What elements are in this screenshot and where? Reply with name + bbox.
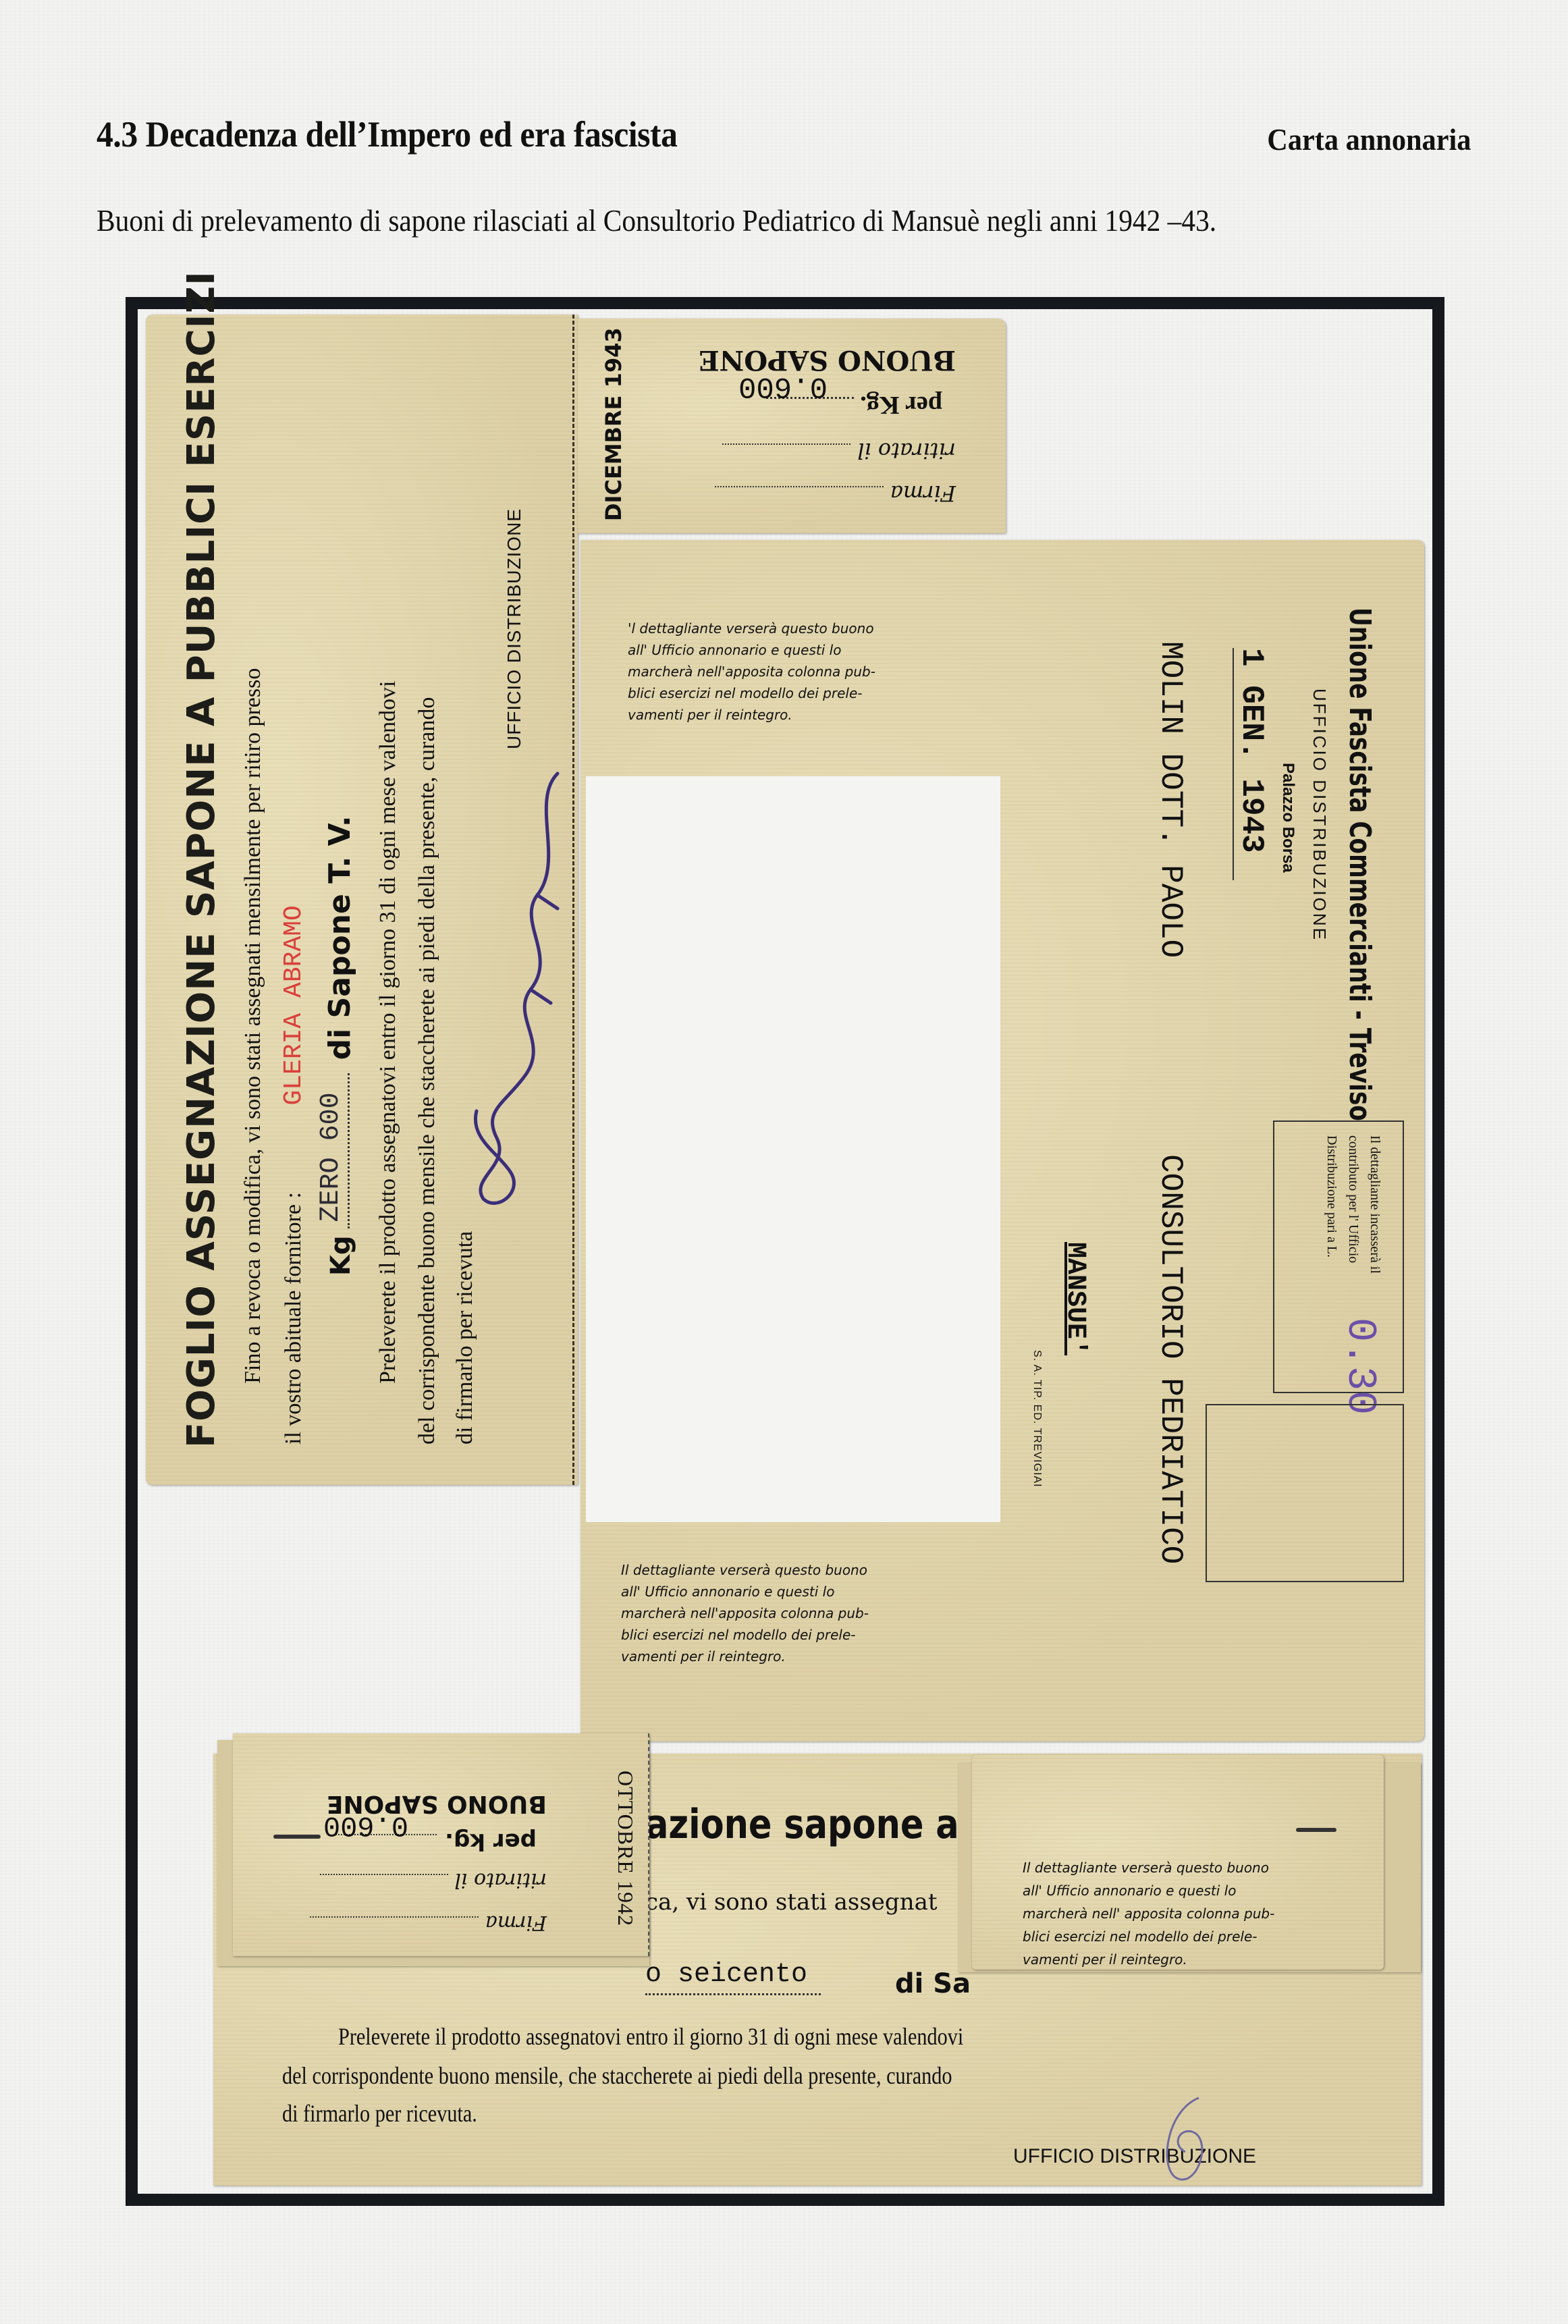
note-upper-line: all' Ufficio annonario e questi lo [628, 639, 979, 661]
contribution-box: Il dettagliante incasserà il contributo … [1273, 1120, 1404, 1393]
supplier-stamp: GLERIA ABRAMO [279, 905, 308, 1105]
per-kg-label: per Kg. [860, 391, 942, 419]
per-kg-value: 0.600 [323, 1809, 408, 1841]
firma-label: Firma [485, 1911, 547, 1935]
foglio-line2-label: il vostro abituale fornitore : [281, 1192, 306, 1444]
foglio-line1: Fino a revoca o modifica, vi sono stati … [240, 668, 266, 1384]
bottom-kg-value: o seicento [645, 1960, 807, 1990]
bottom-kg-dots [645, 1993, 821, 1995]
org-office: UFFICIO DISTRIBUZIONE [1309, 688, 1330, 942]
note-lower-line: Il dettagliante verserà questo buono [621, 1559, 985, 1581]
recipient-name: MOLIN DOTT. PAOLO [1153, 641, 1188, 958]
firma-row: Firma [310, 1911, 547, 1935]
page-subtitle: Buoni di prelevamento di sapone rilascia… [97, 202, 1216, 238]
note-lower-line: all' Ufficio annonario e questi lo [621, 1581, 985, 1602]
note-lower: Il dettagliante verserà questo buono all… [621, 1559, 985, 1667]
foglio-line6: di firmarlo per ricevuta [452, 1231, 478, 1444]
note-lower-line: vamenti per il reintegro. [621, 1646, 985, 1667]
per-kg-value: 0.600 [738, 369, 828, 403]
staple [273, 1835, 321, 1839]
bottom-signature [1152, 2091, 1226, 2186]
ritirato-label: ritirato il [857, 438, 956, 464]
cutout-window [586, 776, 1000, 1522]
section-label: Carta annonaria [1267, 121, 1471, 157]
foglio-heading: FOGLIO ASSEGNAZIONE SAPONE A PUBBLICI ES… [180, 271, 223, 1448]
ritirato-row: ritirato il [722, 438, 956, 464]
foglio-line5: del corrispondente buono mensile che sta… [414, 697, 440, 1444]
firma-row: Firma [715, 481, 956, 506]
date-stamp: 1 GEN. 1943 [1233, 648, 1269, 880]
coupon-ottobre-1942: OTTOBRE 1942 BUONO SAPONE per kg. 0.600 … [233, 1733, 649, 1956]
note-bottom-right-text: Il dettagliante verserà questo buono all… [1023, 1856, 1274, 1971]
bottom-line1-fragment: ca, vi sono stati assegnat [645, 1889, 938, 1916]
product-name: di Sapone T. V. [323, 815, 357, 1060]
note-line: blici esercizi nel modello dei prele- [1023, 1925, 1274, 1948]
note-upper-line: blici esercizi nel modello dei prele- [628, 682, 979, 704]
foglio-assegnazione-card: FOGLIO ASSEGNAZIONE SAPONE A PUBBLICI ES… [146, 315, 578, 1485]
foglio-kg-row: Kg ZERO 600 di Sapone T. V. [323, 815, 357, 1276]
note-line: Il dettagliante verserà questo buono [1023, 1856, 1274, 1879]
note-line: all' Ufficio annonario e questi lo [1023, 1879, 1274, 1902]
note-lower-line: marcherà nell'apposita colonna pub- [621, 1602, 985, 1624]
foglio-line2: il vostro abituale fornitore : GLERIA AB… [279, 905, 308, 1444]
coupon-dicembre-1943: DICEMBRE 1943 BUONO SAPONE per Kg. 0.600… [578, 319, 1006, 533]
org-name: Unione Fascista Commercianti - Treviso [1343, 607, 1377, 1121]
note-upper-line: 'l dettagliante verserà questo buono [628, 618, 979, 639]
printer-credit: S. A. TIP. ED. TREVIGIAI [1031, 1350, 1043, 1488]
bottom-line5: del corrispondente buono mensile, che st… [282, 2061, 952, 2090]
foglio-office: UFFICIO DISTRIBUZIONE [504, 508, 525, 749]
bottom-line4: Preleverete il prodotto assegnatovi entr… [338, 2022, 963, 2051]
bottom-line6: di firmarlo per ricevuta. [282, 2099, 477, 2128]
contribution-value: 0.30 [1336, 1318, 1382, 1415]
note-upper: 'l dettagliante verserà questo buono all… [628, 618, 979, 726]
bottom-product-fragment: di Sa [895, 1968, 971, 1999]
note-upper-line: marcherà nell'apposita colonna pub- [628, 661, 979, 682]
staple [1296, 1828, 1336, 1832]
ritirato-label: ritirato il [454, 1868, 547, 1892]
contribution-line: Il dettagliante incasserà il [1367, 1135, 1382, 1274]
bottom-heading-fragment: azione sapone a p [645, 1801, 996, 1848]
note-line: vamenti per il reintegro. [1023, 1948, 1274, 1971]
foglio-line4: Preleverete il prodotto assegnatovi entr… [375, 681, 401, 1384]
contribution-line: Distribuzione pari a L. [1324, 1135, 1339, 1258]
note-upper-line: vamenti per il reintegro. [628, 704, 979, 726]
town-name: MANSUE' [1060, 1242, 1090, 1355]
kg-value: ZERO 600 [316, 1092, 346, 1222]
coupon-month: OTTOBRE 1942 [614, 1771, 638, 1926]
firma-label: Firma [890, 481, 956, 506]
note-coupon-bottom-right: Il dettagliante verserà questo buono all… [972, 1755, 1384, 1970]
page-title: 4.3 Decadenza dell’Impero ed era fascist… [97, 113, 677, 155]
ritirato-row: ritirato il [320, 1868, 547, 1892]
coupon-month: DICEMBRE 1943 [601, 327, 626, 521]
per-kg-label: per kg. [445, 1828, 537, 1855]
empty-stamp-box [1206, 1404, 1404, 1582]
signature [456, 760, 571, 1219]
kg-label: Kg [325, 1235, 356, 1276]
institution-name: CONSULTORIO PEDRIATICO [1153, 1154, 1188, 1564]
org-address: Palazzo Borsa [1278, 763, 1297, 873]
note-lower-line: blici esercizi nel modello dei prele- [621, 1624, 985, 1646]
contribution-line: contributo per l' Ufficio [1345, 1135, 1361, 1263]
note-line: marcherà nell' apposita colonna pub- [1023, 1902, 1274, 1925]
perforation-line [572, 315, 574, 1485]
